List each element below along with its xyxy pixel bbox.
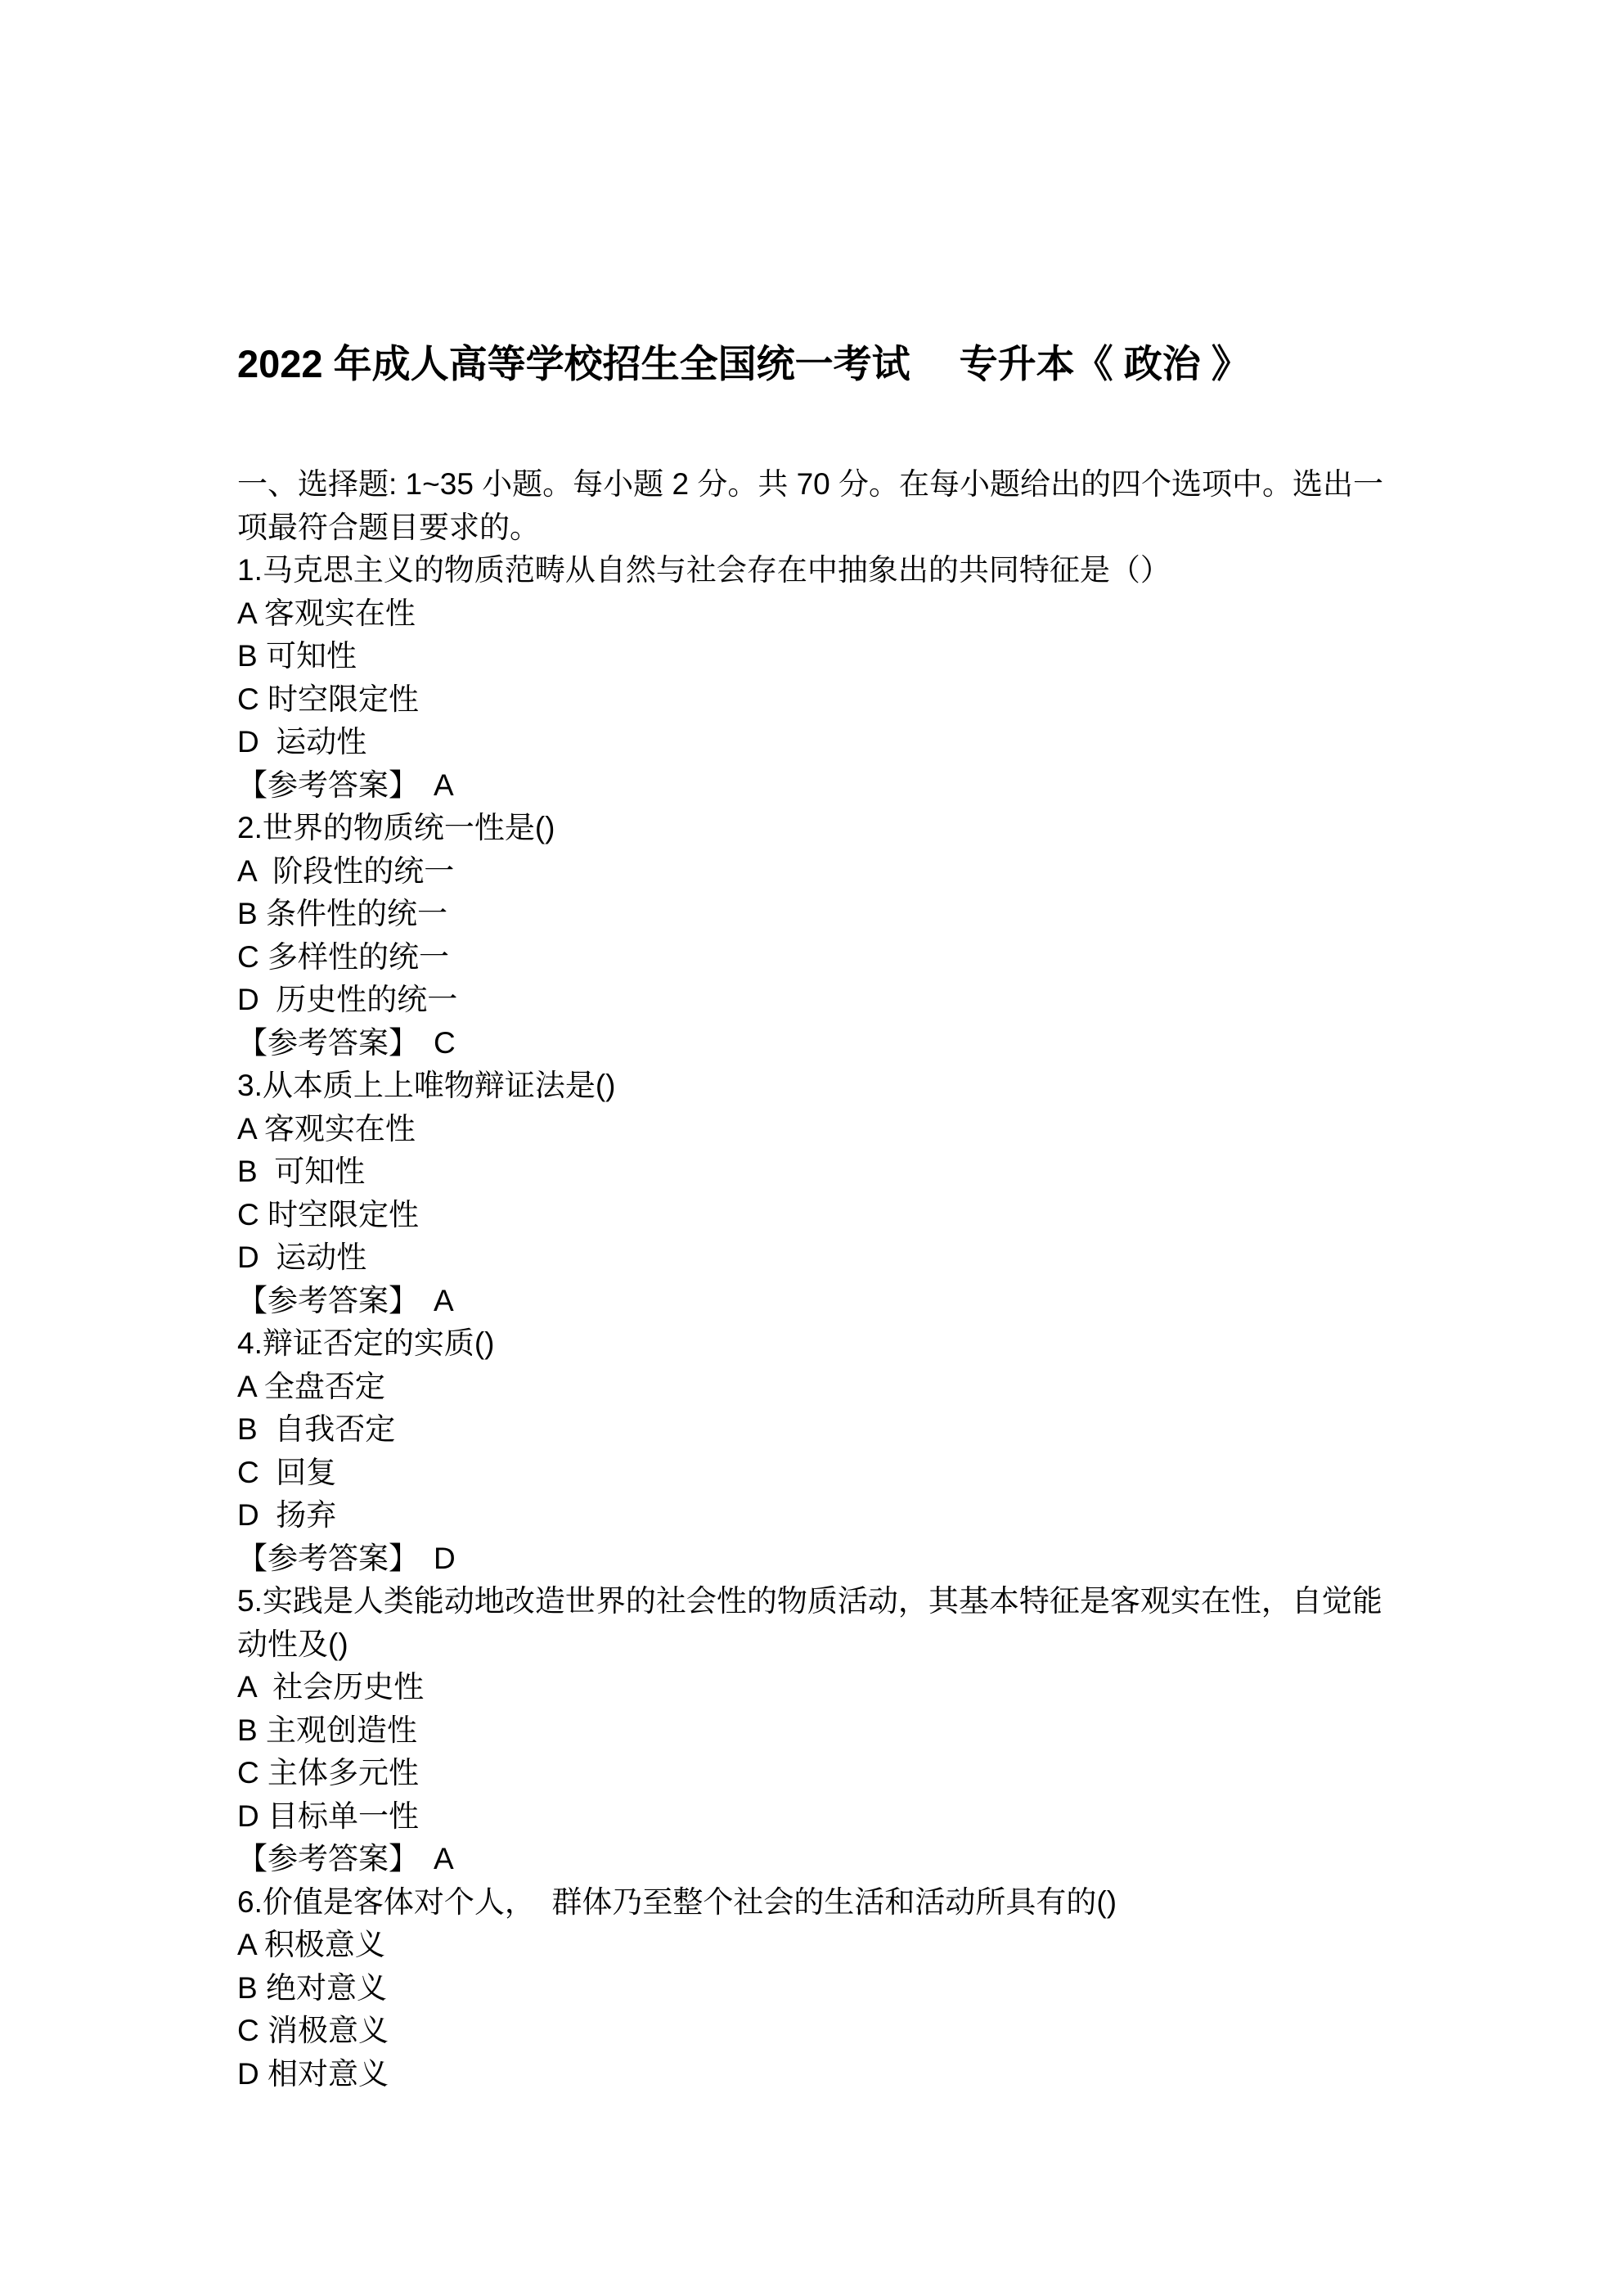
question-3-option-b: B 可知性 xyxy=(237,1150,1415,1194)
question-1-stem: 1.马克思主义的物质范畴从自然与社会存在中抽象出的共同特征是（） xyxy=(237,549,1415,592)
question-1-option-d: D 运动性 xyxy=(237,721,1415,764)
question-3: 3.从本质上上唯物辩证法是() A 客观实在性 B 可知性 C 时空限定性 D … xyxy=(237,1065,1415,1322)
question-5-option-d: D 目标单一性 xyxy=(237,1795,1415,1839)
question-4-option-a: A 全盘否定 xyxy=(237,1366,1415,1409)
question-6-option-b: B 绝对意义 xyxy=(237,1967,1415,2010)
question-2-option-b: B 条件性的统一 xyxy=(237,893,1415,936)
answer-value: A xyxy=(434,1842,454,1875)
question-2-option-d: D 历史性的统一 xyxy=(237,979,1415,1022)
question-6: 6.价值是客体对个人， 群体乃至整个社会的生活和活动所具有的() A 积极意义 … xyxy=(237,1881,1415,2096)
intro-line-2: 项最符合题目要求的。 xyxy=(237,506,1415,550)
answer-value: A xyxy=(434,768,454,802)
question-5-answer-line: 【参考答案】A xyxy=(237,1838,1415,1881)
question-6-option-a: A 积极意义 xyxy=(237,1924,1415,1967)
answer-prefix: 【参考答案】 xyxy=(237,768,419,802)
answer-value: C xyxy=(434,1026,456,1060)
question-3-option-d: D 运动性 xyxy=(237,1236,1415,1280)
question-1-option-c: C 时空限定性 xyxy=(237,678,1415,722)
question-4-option-d: D 扬弃 xyxy=(237,1494,1415,1537)
exam-paper-page: 2022 年成人高等学校招生全国统一考试 专升本《 政治 》 一、选择题: 1~… xyxy=(0,0,1623,2296)
page-title: 2022 年成人高等学校招生全国统一考试 专升本《 政治 》 xyxy=(237,339,1415,389)
question-2: 2.世界的物质统一性是() A 阶段性的统一 B 条件性的统一 C 多样性的统一… xyxy=(237,807,1415,1065)
question-3-answer-line: 【参考答案】A xyxy=(237,1280,1415,1323)
question-3-option-c: C 时空限定性 xyxy=(237,1194,1415,1237)
answer-value: D xyxy=(434,1542,456,1575)
answer-prefix: 【参考答案】 xyxy=(237,1284,419,1317)
intro-line-1: 一、选择题: 1~35 小题。每小题 2 分。共 70 分。在每小题给出的四个选… xyxy=(237,463,1415,506)
question-5-option-c: C 主体多元性 xyxy=(237,1752,1415,1795)
question-5-stem-line-1: 5.实践是人类能动地改造世界的社会性的物质活动，其基本特征是客观实在性，自觉能 xyxy=(237,1580,1415,1623)
question-3-stem: 3.从本质上上唯物辩证法是() xyxy=(237,1065,1415,1108)
question-1-answer-line: 【参考答案】A xyxy=(237,764,1415,808)
answer-prefix: 【参考答案】 xyxy=(237,1842,419,1875)
question-5-option-a: A 社会历史性 xyxy=(237,1666,1415,1709)
question-6-option-c: C 消极意义 xyxy=(237,2010,1415,2053)
question-1-option-b: B 可知性 xyxy=(237,635,1415,678)
answer-prefix: 【参考答案】 xyxy=(237,1542,419,1575)
question-5: 5.实践是人类能动地改造世界的社会性的物质活动，其基本特征是客观实在性，自觉能 … xyxy=(237,1580,1415,1881)
question-2-option-c: C 多样性的统一 xyxy=(237,936,1415,979)
question-6-stem: 6.价值是客体对个人， 群体乃至整个社会的生活和活动所具有的() xyxy=(237,1881,1415,1925)
answer-value: A xyxy=(434,1284,454,1317)
question-6-option-d: D 相对意义 xyxy=(237,2053,1415,2096)
answer-prefix: 【参考答案】 xyxy=(237,1026,419,1060)
question-4-answer-line: 【参考答案】D xyxy=(237,1537,1415,1581)
question-4-option-c: C 回复 xyxy=(237,1452,1415,1495)
question-5-stem-line-2: 动性及() xyxy=(237,1623,1415,1667)
question-4: 4.辩证否定的实质() A 全盘否定 B 自我否定 C 回复 D 扬弃 【参考答… xyxy=(237,1322,1415,1580)
question-5-option-b: B 主观创造性 xyxy=(237,1709,1415,1753)
question-4-stem: 4.辩证否定的实质() xyxy=(237,1322,1415,1366)
question-2-stem: 2.世界的物质统一性是() xyxy=(237,807,1415,850)
question-2-option-a: A 阶段性的统一 xyxy=(237,850,1415,894)
question-4-option-b: B 自我否定 xyxy=(237,1408,1415,1452)
question-3-option-a: A 客观实在性 xyxy=(237,1108,1415,1151)
section-intro: 一、选择题: 1~35 小题。每小题 2 分。共 70 分。在每小题给出的四个选… xyxy=(237,463,1415,549)
question-2-answer-line: 【参考答案】C xyxy=(237,1022,1415,1065)
page-content: 2022 年成人高等学校招生全国统一考试 专升本《 政治 》 一、选择题: 1~… xyxy=(237,339,1415,2096)
question-1: 1.马克思主义的物质范畴从自然与社会存在中抽象出的共同特征是（） A 客观实在性… xyxy=(237,549,1415,807)
question-1-option-a: A 客观实在性 xyxy=(237,592,1415,636)
